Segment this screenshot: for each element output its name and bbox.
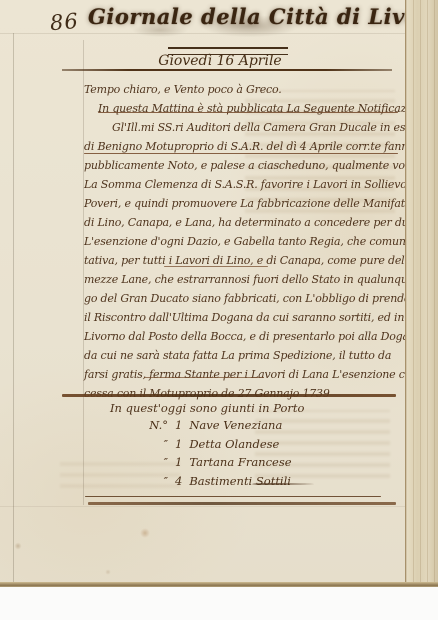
body-line: da cui ne sarà stata fatta La prima Sped…	[84, 346, 408, 365]
arrival-qty: 1	[172, 453, 186, 472]
arrival-ditto-mark: ″	[146, 453, 168, 472]
body-line: il Riscontro dall'Ultima Dogana da cui s…	[84, 308, 408, 327]
arrival-number-mark: N.°	[146, 416, 168, 435]
ink-underline	[62, 394, 396, 397]
body-line: di Lino, Canapa, e Lana, ha determinato …	[84, 213, 408, 232]
body-line: Gl'Ill.mi SS.ri Auditori della Camera Gr…	[84, 118, 408, 137]
manuscript-page: 86 Giornale della Città di Livorno Giove…	[0, 0, 438, 587]
arrival-ditto-mark: ″	[146, 472, 168, 491]
body-line: tativa, per tutti i Lavori di Lino, e di…	[84, 251, 408, 270]
body-line: mezze Lane, che estrarrannosi fuori dell…	[84, 270, 408, 289]
body-line: Tempo chiaro, e Vento poco à Greco.	[84, 80, 408, 99]
page-title: Giornale della Città di Livorno	[88, 4, 404, 29]
body-line: Poveri, e quindi promuovere La fabbricaz…	[84, 194, 408, 213]
body-line: farsi gratis, ferma Stante per i Lavori …	[84, 365, 408, 384]
arrival-vessel: Bastimenti Sottili	[189, 474, 291, 488]
arrival-ditto-mark: ″	[146, 435, 168, 454]
arrival-item: ″ 1 Detta Olandese	[146, 435, 346, 454]
entry-body: Tempo chiaro, e Vento poco à Greco. In q…	[84, 80, 408, 403]
arrival-qty: 4	[172, 472, 186, 491]
body-line: Livorno dal Posto della Bocca, e di pres…	[84, 327, 408, 346]
entry-date-heading: Giovedì 16 Aprile	[120, 53, 320, 69]
body-line: La Somma Clemenza di S.A.S.R. favorire i…	[84, 175, 408, 194]
arrival-item: ″ 4 Bastimenti Sottili	[146, 472, 346, 491]
body-line: pubblicamente Noto, e palese a ciaschedu…	[84, 156, 408, 175]
ink-underline	[84, 153, 398, 154]
arrival-vessel: Tartana Francese	[189, 455, 291, 469]
manuscript-scan: 86 Giornale della Città di Livorno Giove…	[0, 0, 438, 620]
arrival-vessel: Detta Olandese	[189, 437, 279, 451]
page-number: 86	[49, 9, 80, 35]
ink-underline	[164, 266, 268, 267]
arrival-item: ″ 1 Tartana Francese	[146, 453, 346, 472]
page-bottom-edge	[0, 582, 438, 587]
ink-underline	[98, 112, 398, 113]
body-line: In questa Mattina è stà pubblicata La Se…	[84, 99, 408, 118]
book-page-edges	[405, 0, 438, 586]
arrivals-list: N.° 1 Nave Veneziana ″ 1 Detta Olandese …	[146, 416, 346, 490]
ink-underline	[144, 377, 264, 378]
closing-rule-heavy	[88, 502, 396, 505]
arrival-qty: 1	[172, 416, 186, 435]
left-margin-ruling	[13, 33, 14, 583]
closing-rule	[85, 496, 381, 497]
arrivals-intro: In quest'oggi sono giunti in Porto	[110, 401, 304, 415]
date-rule	[62, 69, 392, 71]
body-line: L'esenzione d'ogni Dazio, e Gabella tant…	[84, 232, 408, 251]
body-line: go del Gran Ducato siano fabbricati, con…	[84, 289, 408, 308]
arrival-qty: 1	[172, 435, 186, 454]
bottom-pencil-ruling	[0, 506, 438, 507]
pen-flourish	[252, 483, 314, 485]
arrival-vessel: Nave Veneziana	[189, 418, 282, 432]
arrival-item: N.° 1 Nave Veneziana	[146, 416, 346, 435]
